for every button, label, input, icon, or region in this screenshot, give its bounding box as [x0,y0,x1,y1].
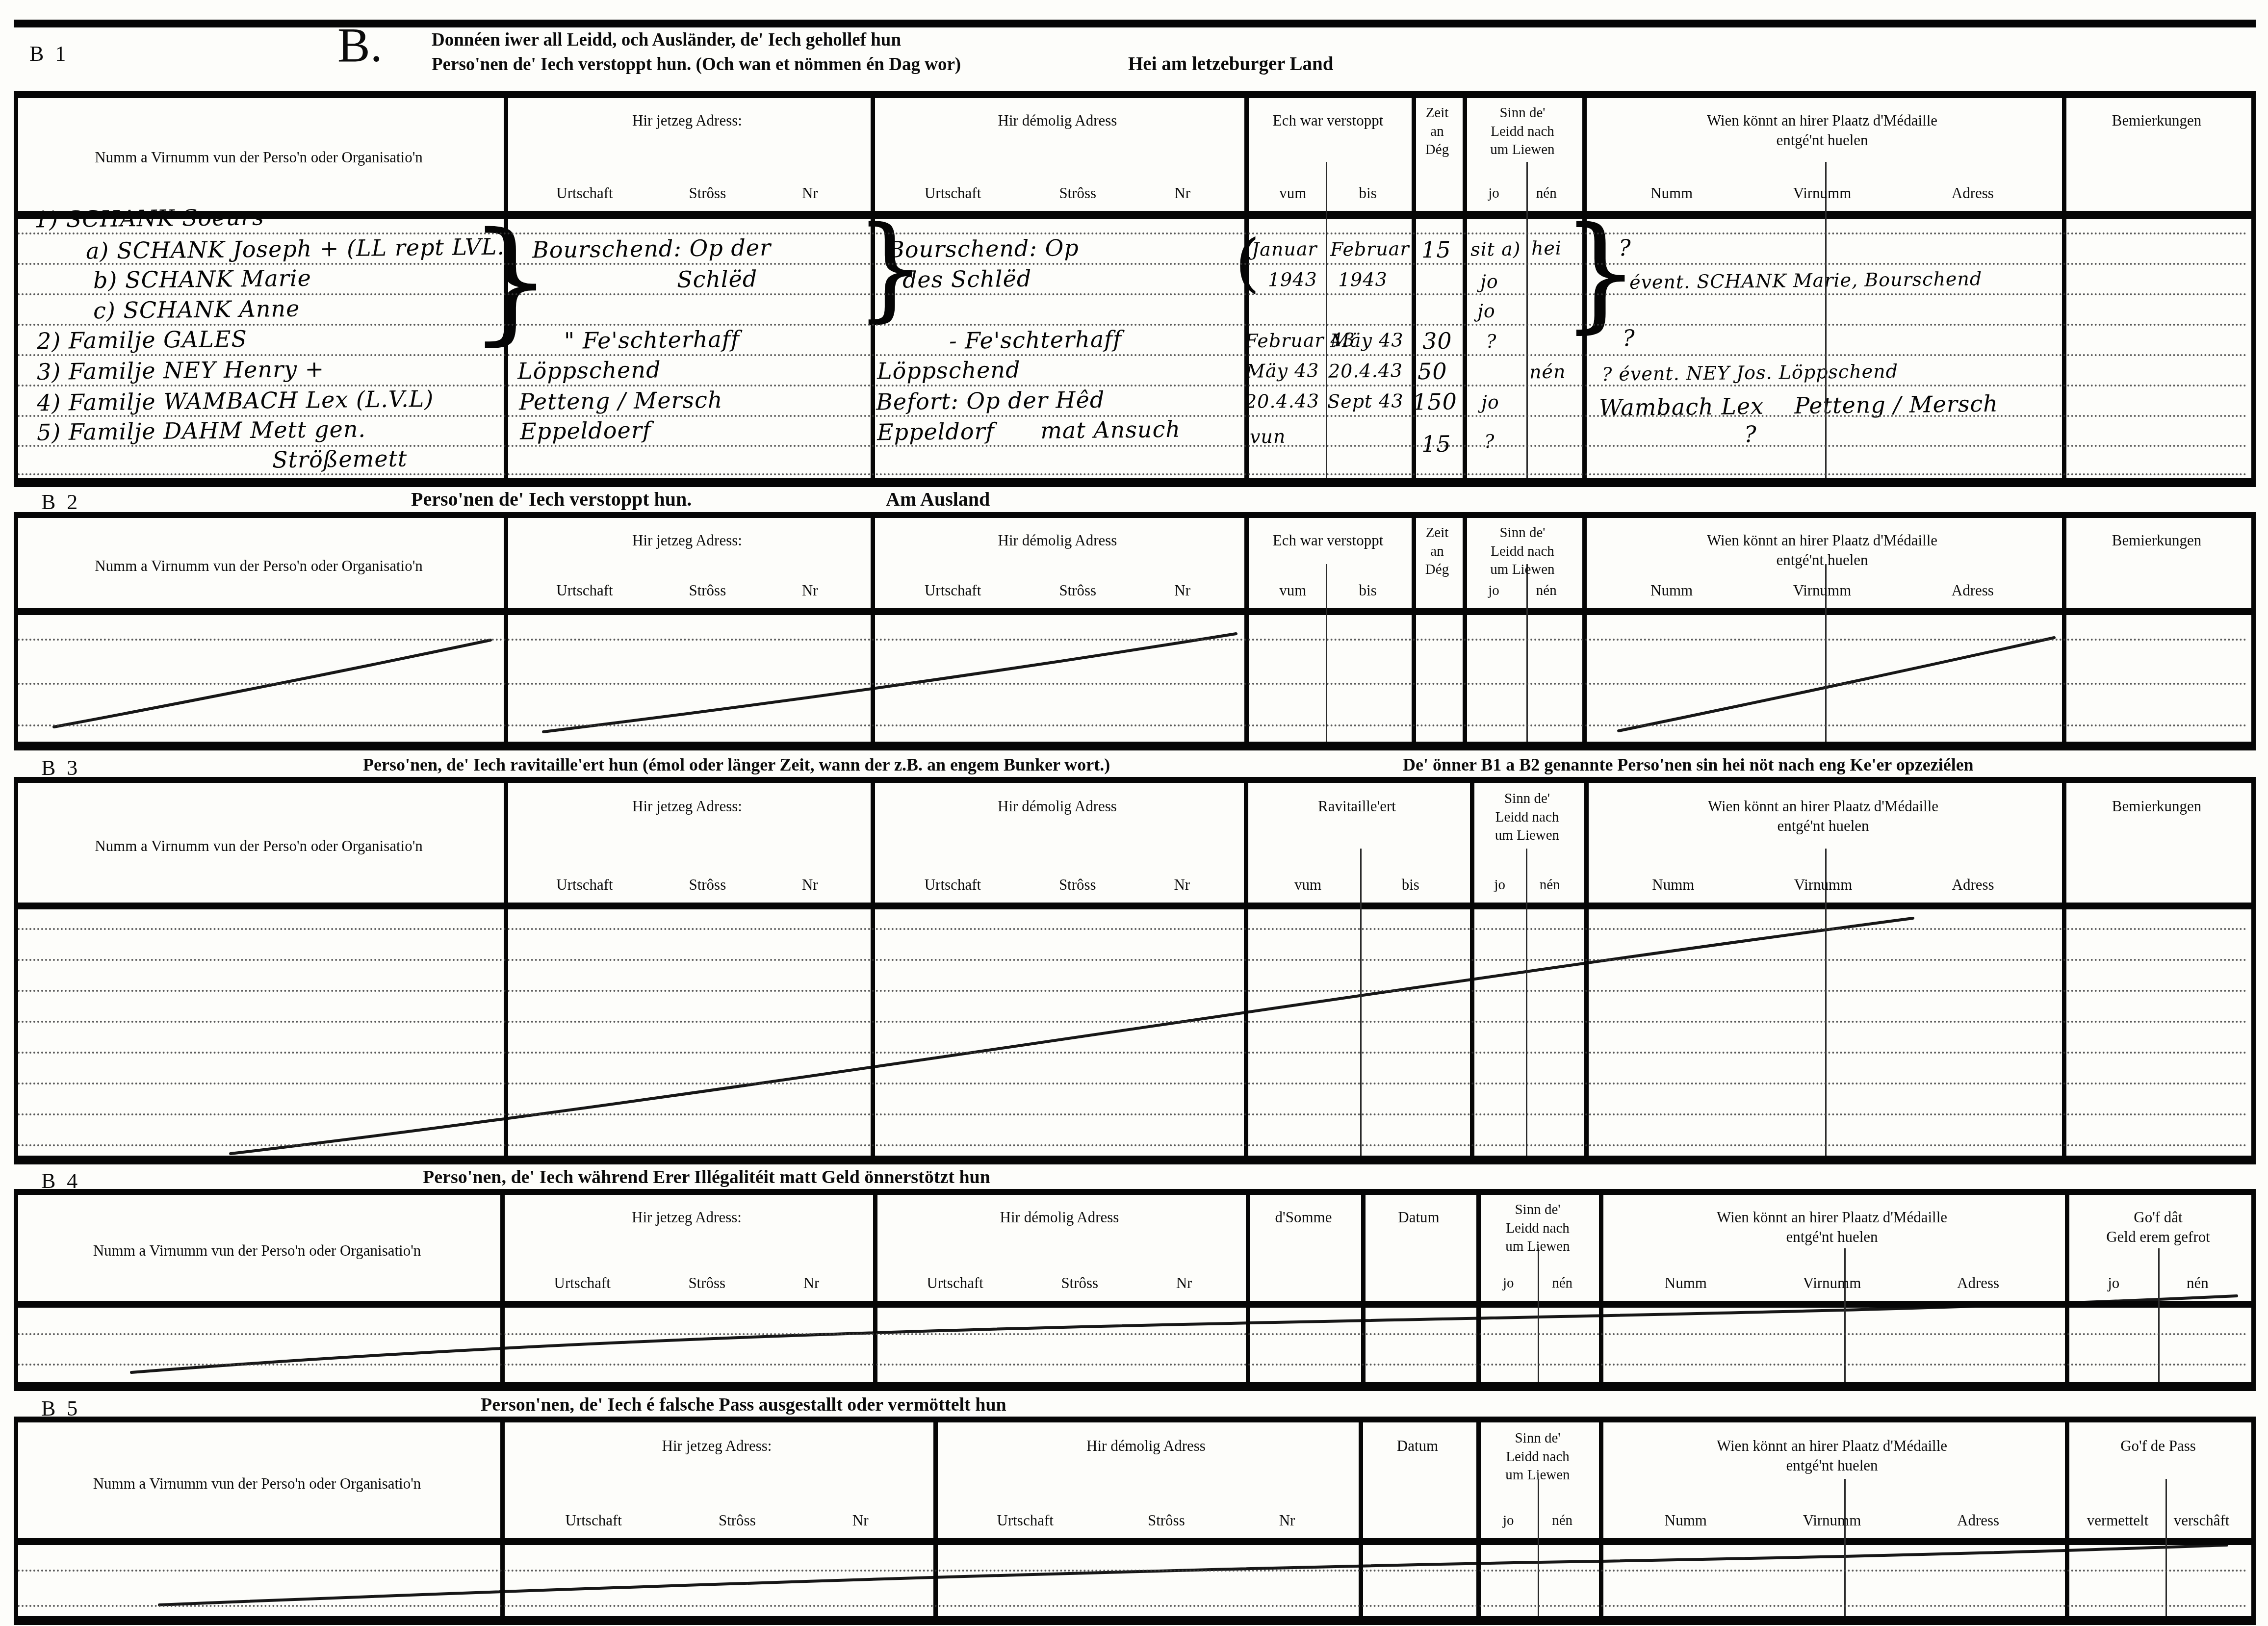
b1-colheader-zeit: ZeitanDég [1412,99,1463,210]
b1-dotted-row-line-8 [18,473,2248,475]
b4-colheader-sinn-line2: um Liewen [1505,1238,1570,1256]
b3-colheader-demolig-sub2: Nr [1174,875,1190,895]
horizontal-rule-3 [14,478,2256,487]
b1-colheader-jetzeg-caption: Hir jetzeg Adress: [632,111,742,130]
b5-colheader-gof-pass-sub0: vermettelt [2087,1511,2149,1530]
b2-colheader-medaille-sublabels: NummVirnummAdress [1600,581,2044,601]
b4-colheader-sinn: Sinn de'Leidd nachum Liewenjonén [1476,1196,1599,1300]
b3-colheader-medaille: Wien könnt an hirer Plaatz d'Médailleent… [1584,785,2062,902]
b4-colheader-somme: d'Somme [1246,1196,1361,1300]
b2-colheader-jetzeg-label: Hir jetzeg Adress: [632,531,742,550]
b3-colheader-demolig-sublabels: UrtschaftStrôssNr [885,875,1229,896]
b4-colheader-datum-label: Datum [1398,1208,1439,1227]
b1-colheader-medaille-line1: entgé'nt huelen [1776,130,1868,150]
b5-colheader-sinn-caption: Sinn de'Leidd nachum Liewen [1505,1429,1570,1485]
b3-colheader-medaille-sub1: Virnumm [1794,875,1853,895]
b5-colheader-jetzeg-sub2: Nr [852,1511,869,1530]
b3-colheader-medaille-line1: entgé'nt huelen [1777,816,1869,836]
b2-colheader-verstoppt: Ech war verstopptvumbis [1244,519,1412,607]
b1-dotted-row-line-1 [18,263,2248,265]
b5-colheader-demolig-sub2: Nr [1279,1511,1295,1530]
b4-colheader-sinn-sub0: jo [1503,1274,1514,1293]
b3-colheader-medaille-sub2: Adress [1952,875,1994,895]
b3-strike [231,918,1913,1154]
b1-colheader-medaille: Wien könnt an hirer Plaatz d'Médailleent… [1582,99,2062,210]
b2-colheader-bemierkungen-label: Bemierkungen [2112,531,2202,550]
b2-colheader-demolig-caption: Hir démolig Adress [998,531,1117,550]
b5-colheader-medaille-sub2: Adress [1957,1511,1999,1530]
b5-column-line-7 [2251,1422,2256,1616]
b4-colheader-jetzeg: Hir jetzeg Adress:UrtschaftStrôssNr [500,1196,873,1300]
b4-colheader-demolig-label: Hir démolig Adress [1000,1208,1119,1227]
b1-colheader-bemierkungen-caption: Bemierkungen [2112,111,2202,130]
b3-column-line-7 [2251,783,2256,1156]
horizontal-rule-14 [14,1538,2256,1545]
b1-colheader-bemierkungen-label: Bemierkungen [2112,111,2202,130]
b3-colheader-medaille-caption: Wien könnt an hirer Plaatz d'Médailleent… [1708,797,1938,836]
b1-colheader-medaille-sub2: Adress [1952,183,1994,203]
b2-colheader-medaille-sub1: Virnumm [1793,581,1852,600]
b4-colheader-somme-label: d'Somme [1275,1208,1332,1227]
horizontal-rule-10 [14,1189,2256,1195]
b1-colheader-name: Numm a Virnumm vun der Perso'n oder Orga… [14,99,504,210]
b5-colheader-datum-caption: Datum [1397,1436,1438,1456]
b5-colheader-jetzeg-sublabels: UrtschaftStrôssNr [517,1511,917,1531]
b3-dotted-row-line-3 [18,1021,2248,1023]
b5-colheader-name: Numm a Virnumm vun der Perso'n oder Orga… [14,1424,500,1537]
b3-colheader-ravitailleert: Ravitaille'ertvumbis [1244,785,1470,902]
b5-colheader-sinn-line0: Sinn de' [1515,1429,1560,1448]
b5-colheader-jetzeg-sub1: Strôss [719,1511,756,1530]
b1-colheader-name-label: Numm a Virnumm vun der Perso'n oder Orga… [95,148,423,167]
b4-colheader-somme-caption: d'Somme [1275,1208,1332,1227]
b2-colheader-verstoppt-caption: Ech war verstoppt [1273,531,1384,550]
b3-colheader-jetzeg-sublabels: UrtschaftStrôssNr [518,875,856,896]
b2-colheader-verstoppt-sublabels: vumbis [1253,581,1403,601]
b4-colheader-jetzeg-label: Hir jetzeg Adress: [632,1208,742,1227]
b4-colheader-sinn-sub1: nén [1552,1274,1572,1293]
b1-colheader-verstoppt-caption: Ech war verstoppt [1273,111,1384,130]
b5-colheader-sinn-line2: um Liewen [1505,1466,1570,1485]
horizontal-rule-13 [14,1417,2256,1422]
b3-colheader-jetzeg-sub1: Strôss [689,875,726,895]
b5-colheader-demolig: Hir démolig AdressUrtschaftStrôssNr [933,1424,1359,1537]
b1-colheader-demolig-sub1: Strôss [1059,183,1096,203]
b3-colheader-medaille-line0: Wien könnt an hirer Plaatz d'Médaille [1708,797,1938,816]
b3-colheader-sinn-sublabels: jonén [1477,876,1577,896]
b1-dotted-row-line-7 [18,445,2248,447]
b4-colheader-demolig-sub0: Urtschaft [927,1273,983,1293]
b2-colheader-jetzeg-sublabels: UrtschaftStrôssNr [518,581,856,601]
b5-colheader-sinn: Sinn de'Leidd nachum Liewenjonén [1476,1424,1599,1537]
b3-colheader-sinn-sub0: jo [1494,876,1505,895]
b5-colheader-demolig-sublabels: UrtschaftStrôssNr [950,1511,1342,1531]
horizontal-rule-0 [14,20,2256,27]
b1-colheader-sinn-sub0: jo [1488,184,1499,203]
b4-colheader-demolig-sub2: Nr [1176,1273,1192,1293]
b1-colheader-sinn-line2: um Liewen [1490,141,1554,159]
b3-colheader-demolig-sub0: Urtschaft [925,875,981,895]
b4-colheader-gof-geld-caption: Go'f dâtGeld erem gefrot [2106,1208,2210,1247]
b1-colheader-medaille-sublabels: NummVirnummAdress [1600,183,2044,204]
b4-colheader-jetzeg-caption: Hir jetzeg Adress: [632,1208,742,1227]
horizontal-rule-6 [14,742,2256,750]
b4-colheader-jetzeg-sublabels: UrtschaftStrôssNr [515,1273,858,1294]
b5-colheader-medaille-sub0: Numm [1665,1511,1707,1530]
horizontal-rule-8 [14,903,2256,909]
b5-colheader-demolig-sub1: Strôss [1148,1511,1185,1530]
b2-colheader-medaille-sub0: Numm [1650,581,1693,600]
b1-colheader-demolig: Hir démolig AdressUrtschaftStrôssNr [871,99,1244,210]
b3-colheader-medaille-sublabels: NummVirnummAdress [1602,875,2044,896]
b3-colheader-sinn-line2: um Liewen [1495,826,1559,845]
b1-colheader-jetzeg-sub0: Urtschaft [556,183,613,203]
b1-colheader-jetzeg-label: Hir jetzeg Adress: [632,111,742,130]
b1-colheader-sinn-sublabels: jonén [1470,184,1575,204]
b1-colheader-verstoppt: Ech war verstopptvumbis [1244,99,1412,210]
b2-colheader-demolig-label: Hir démolig Adress [998,531,1117,550]
b4-colheader-medaille-line1: entgé'nt huelen [1786,1227,1878,1247]
b4-colheader-medaille-sub0: Numm [1665,1273,1707,1293]
b1-colheader-demolig-sub2: Nr [1174,183,1190,203]
b3-dotted-row-line-5 [18,1083,2248,1084]
b3-colheader-demolig-label: Hir démolig Adress [998,797,1117,816]
b1-colheader-bemierkungen: Bemierkungen [2062,99,2251,210]
b5-colheader-jetzeg-sub0: Urtschaft [566,1511,622,1530]
b5-colheader-demolig-label: Hir démolig Adress [1086,1436,1206,1456]
b1-colheader-zeit-line1: an [1430,123,1443,141]
b1-colheader-jetzeg: Hir jetzeg Adress:UrtschaftStrôssNr [504,99,871,210]
b1-colheader-jetzeg-sub1: Strôss [689,183,726,203]
b3-dotted-row-line-1 [18,959,2248,961]
horizontal-rule-4 [14,512,2256,518]
b4-colheader-sinn-caption: Sinn de'Leidd nachum Liewen [1505,1201,1570,1256]
b5-colheader-jetzeg-label: Hir jetzeg Adress: [662,1436,772,1456]
b2-colheader-sinn-sub0: jo [1488,582,1499,600]
b4-colheader-gof-geld-sublabels: jonén [2074,1273,2242,1294]
b2-colheader-demolig: Hir démolig AdressUrtschaftStrôssNr [871,519,1244,607]
b4-colheader-medaille-caption: Wien könnt an hirer Plaatz d'Médailleent… [1717,1208,1947,1247]
b1-dotted-row-line-6 [18,415,2248,417]
b2-colheader-sinn-sub1: nén [1536,582,1557,600]
b5-colheader-datum: Datum [1359,1424,1476,1537]
b1-colheader-verstoppt-sub1: bis [1359,183,1377,203]
b3-dotted-row-line-7 [18,1144,2248,1146]
b3-colheader-jetzeg-label: Hir jetzeg Adress: [632,797,742,816]
b5-colheader-gof-pass-caption: Go'f de Pass [2120,1436,2196,1456]
b3-colheader-name-label: Numm a Virnumm vun der Perso'n oder Orga… [95,836,423,856]
b2-colheader-demolig-sub1: Strôss [1059,581,1096,600]
b2-colheader-jetzeg-caption: Hir jetzeg Adress: [632,531,742,550]
b2-colheader-medaille: Wien könnt an hirer Plaatz d'Médailleent… [1582,519,2062,607]
b1-dotted-row-line-2 [18,293,2248,295]
b1-colheader-medaille-sub0: Numm [1650,183,1693,203]
b2-colheader-name-label: Numm a Virnumm vun der Perso'n oder Orga… [95,556,423,576]
b2-colheader-medaille-line0: Wien könnt an hirer Plaatz d'Médaille [1707,531,1937,550]
b5-colheader-medaille: Wien könnt an hirer Plaatz d'Médailleent… [1599,1424,2065,1537]
b3-colheader-jetzeg-sub0: Urtschaft [556,875,613,895]
b1-colheader-demolig-sublabels: UrtschaftStrôssNr [885,183,1229,204]
b3-dotted-row-line-6 [18,1113,2248,1115]
b5-colheader-datum-label: Datum [1397,1436,1438,1456]
b1-colheader-medaille-line0: Wien könnt an hirer Plaatz d'Médaille [1707,111,1937,130]
b3-colheader-demolig-caption: Hir démolig Adress [998,797,1117,816]
b3-colheader-name: Numm a Virnumm vun der Perso'n oder Orga… [14,785,504,902]
b4-colheader-datum: Datum [1361,1196,1476,1300]
b4-colheader-jetzeg-sub1: Strôss [688,1273,725,1293]
b1-colheader-verstoppt-sub0: vum [1279,183,1306,203]
horizontal-rule-2 [14,211,2256,219]
b1-colheader-zeit-caption: ZeitanDég [1425,104,1449,159]
b4-colheader-sinn-sublabels: jonén [1484,1274,1592,1294]
b3-dotted-row-line-2 [18,990,2248,992]
b2-dotted-row-line-2 [18,724,2248,726]
b4-colheader-demolig-sub1: Strôss [1061,1273,1098,1293]
b1-dotted-row-line-3 [18,324,2248,326]
b2-colheader-name: Numm a Virnumm vun der Perso'n oder Orga… [14,519,504,607]
b2-colheader-jetzeg-sub1: Strôss [689,581,726,600]
b1-colheader-verstoppt-sublabels: vumbis [1253,183,1403,204]
b1-column-line-8 [2251,98,2256,478]
b2-colheader-demolig-sub2: Nr [1174,581,1190,600]
b4-colheader-demolig: Hir démolig AdressUrtschaftStrôssNr [873,1196,1246,1300]
b1-colheader-jetzeg-sublabels: UrtschaftStrôssNr [518,183,856,204]
b5-colheader-gof-pass-label: Go'f de Pass [2120,1436,2196,1456]
b4-colheader-gof-geld: Go'f dâtGeld erem gefrotjonén [2065,1196,2251,1300]
b4-colheader-gof-geld-sub1: nén [2187,1273,2209,1293]
b2-colheader-bemierkungen: Bemierkungen [2062,519,2251,607]
b2-colheader-verstoppt-sub0: vum [1279,581,1306,600]
b2-colheader-medaille-caption: Wien könnt an hirer Plaatz d'Médailleent… [1707,531,1937,570]
b5-colheader-name-label: Numm a Virnumm vun der Perso'n oder Orga… [93,1474,421,1494]
b4-colheader-jetzeg-sub0: Urtschaft [554,1273,611,1293]
b2-colheader-zeit-line0: Zeit [1426,524,1449,542]
b3-colheader-bemierkungen-label: Bemierkungen [2112,797,2202,816]
b4-colheader-medaille: Wien könnt an hirer Plaatz d'Médailleent… [1599,1196,2065,1300]
b2-colheader-sinn-line0: Sinn de' [1499,524,1545,542]
b2-colheader-bemierkungen-caption: Bemierkungen [2112,531,2202,550]
b2-colheader-zeit-line1: an [1430,542,1443,561]
b2-colheader-jetzeg-sub0: Urtschaft [556,581,613,600]
horizontal-rule-12 [14,1382,2256,1391]
b3-colheader-sinn-caption: Sinn de'Leidd nachum Liewen [1495,790,1559,845]
b5-colheader-medaille-sublabels: NummVirnummAdress [1617,1511,2047,1531]
b3-colheader-sinn: Sinn de'Leidd nachum Liewenjonén [1470,785,1584,902]
b2-colheader-jetzeg-sub2: Nr [802,581,818,600]
b5-colheader-sinn-sub0: jo [1503,1512,1514,1530]
b5-colheader-medaille-caption: Wien könnt an hirer Plaatz d'Médailleent… [1717,1436,1947,1476]
b5-colheader-medaille-sub1: Virnumm [1803,1511,1861,1530]
b4-colheader-gof-geld-sub0: jo [2108,1273,2119,1293]
b2-colheader-zeit: ZeitanDég [1412,519,1463,607]
b2-dotted-row-line-1 [18,683,2248,685]
b3-colheader-medaille-sub0: Numm [1652,875,1694,895]
b1-colheader-zeit-line0: Zeit [1426,104,1449,123]
b5-colheader-sinn-sub1: nén [1552,1512,1572,1530]
b3-colheader-jetzeg: Hir jetzeg Adress:UrtschaftStrôssNr [504,785,871,902]
scanned-resistance-questionnaire: B 1 B. Donnéen iwer all Leidd, och Auslä… [0,0,2268,1626]
b4-colheader-datum-caption: Datum [1398,1208,1439,1227]
b1-dotted-row-line-4 [18,354,2248,356]
b5-dotted-row-line-1 [18,1605,2248,1607]
b4-dotted-row-line-1 [18,1364,2248,1366]
b1-colheader-verstoppt-label: Ech war verstoppt [1273,111,1384,130]
b4-column-line-8 [2251,1195,2256,1382]
b1-colheader-medaille-caption: Wien könnt an hirer Plaatz d'Médailleent… [1707,111,1937,151]
b4-colheader-medaille-sublabels: NummVirnummAdress [1617,1273,2047,1294]
horizontal-rule-5 [14,608,2256,615]
b2-colheader-zeit-caption: ZeitanDég [1425,524,1449,579]
b1-dotted-row-line-0 [18,232,2248,234]
b5-colheader-demolig-caption: Hir démolig Adress [1086,1436,1206,1456]
b4-colheader-gof-geld-line1: Geld erem gefrot [2106,1227,2210,1247]
b2-colheader-sinn: Sinn de'Leidd nachum Liewenjonén [1463,519,1582,607]
horizontal-rule-7 [14,777,2256,783]
b4-colheader-medaille-sub2: Adress [1957,1273,1999,1293]
b3-colheader-sinn-line0: Sinn de' [1504,790,1550,808]
b2-colheader-medaille-line1: entgé'nt huelen [1776,550,1868,570]
b1-colheader-sinn-sub1: nén [1536,184,1557,203]
b3-colheader-ravitailleert-sublabels: vumbis [1254,875,1459,896]
b1-dotted-row-line-5 [18,385,2248,387]
b1-colheader-sinn-line1: Leidd nach [1491,123,1554,141]
b4-colheader-sinn-line1: Leidd nach [1506,1219,1570,1238]
b3-colheader-ravitailleert-sub0: vum [1294,875,1321,895]
b5-colheader-sinn-sublabels: jonén [1484,1512,1592,1531]
b2-colheader-sinn-line1: Leidd nach [1491,542,1554,561]
b3-colheader-jetzeg-sub2: Nr [802,875,818,895]
b2-colheader-sinn-line2: um Liewen [1490,561,1554,579]
b5-colheader-jetzeg: Hir jetzeg Adress:UrtschaftStrôssNr [500,1424,933,1537]
b3-colheader-sinn-sub1: nén [1540,876,1560,895]
b2-column-line-8 [2251,518,2256,742]
b4-colheader-jetzeg-sub2: Nr [803,1273,820,1293]
b2-colheader-medaille-sub2: Adress [1952,581,1994,600]
b2-colheader-sinn-sublabels: jonén [1470,582,1575,601]
b1-colheader-sinn: Sinn de'Leidd nachum Liewenjonén [1463,99,1582,210]
b2-colheader-verstoppt-sub1: bis [1359,581,1377,600]
b1-colheader-zeit-line2: Dég [1425,141,1449,159]
b3-colheader-jetzeg-caption: Hir jetzeg Adress: [632,797,742,816]
b3-colheader-ravitailleert-sub1: bis [1402,875,1419,895]
b2-colheader-jetzeg: Hir jetzeg Adress:UrtschaftStrôssNr [504,519,871,607]
horizontal-rule-15 [14,1616,2256,1625]
b1-colheader-sinn-caption: Sinn de'Leidd nachum Liewen [1490,104,1554,159]
b1-colheader-sinn-line0: Sinn de' [1499,104,1545,123]
b3-colheader-sinn-line1: Leidd nach [1495,808,1559,827]
b3-colheader-demolig-sub1: Strôss [1059,875,1096,895]
b2-colheader-verstoppt-label: Ech war verstoppt [1273,531,1384,550]
b3-colheader-ravitailleert-label: Ravitaille'ert [1318,797,1396,816]
horizontal-rule-1 [14,91,2256,98]
b1-colheader-demolig-sub0: Urtschaft [925,183,981,203]
b4-colheader-medaille-sub1: Virnumm [1803,1273,1861,1293]
b5-colheader-demolig-sub0: Urtschaft [997,1511,1054,1530]
b4-colheader-name: Numm a Virnumm vun der Perso'n oder Orga… [14,1196,500,1300]
b5-colheader-medaille-line1: entgé'nt huelen [1786,1456,1878,1475]
b1-colheader-demolig-label: Hir démolig Adress [998,111,1117,130]
b5-colheader-jetzeg-caption: Hir jetzeg Adress: [662,1436,772,1456]
b4-colheader-sinn-line0: Sinn de' [1515,1201,1560,1219]
b3-colheader-ravitailleert-caption: Ravitaille'ert [1318,797,1396,816]
b4-colheader-demolig-caption: Hir démolig Adress [1000,1208,1119,1227]
b5-colheader-gof-pass: Go'f de Passvermetteltverschâft [2065,1424,2251,1537]
b4-colheader-medaille-line0: Wien könnt an hirer Plaatz d'Médaille [1717,1208,1947,1227]
horizontal-rule-11 [14,1301,2256,1308]
b2-colheader-sinn-caption: Sinn de'Leidd nachum Liewen [1490,524,1554,579]
b1-colheader-jetzeg-sub2: Nr [802,183,818,203]
b5-colheader-gof-pass-sub1: verschâft [2174,1511,2230,1530]
b5-colheader-medaille-line0: Wien könnt an hirer Plaatz d'Médaille [1717,1436,1947,1456]
b3-dotted-row-line-4 [18,1052,2248,1054]
b3-colheader-demolig: Hir démolig AdressUrtschaftStrôssNr [871,785,1244,902]
b2-dotted-row-line-0 [18,639,2248,641]
b1-colheader-medaille-sub1: Virnumm [1793,183,1852,203]
b3-dotted-row-line-0 [18,928,2248,930]
b4-dotted-row-line-0 [18,1333,2248,1335]
b4-colheader-gof-geld-line0: Go'f dât [2134,1208,2182,1227]
b3-colheader-bemierkungen-caption: Bemierkungen [2112,797,2202,816]
b5-colheader-sinn-line1: Leidd nach [1506,1448,1570,1467]
b2-colheader-demolig-sublabels: UrtschaftStrôssNr [885,581,1229,601]
b5-colheader-gof-pass-sublabels: vermetteltverschâft [2074,1511,2242,1531]
b4-colheader-name-label: Numm a Virnumm vun der Perso'n oder Orga… [93,1241,421,1261]
b2-colheader-demolig-sub0: Urtschaft [925,581,981,600]
b3-colheader-bemierkungen: Bemierkungen [2062,785,2251,902]
b1-colheader-demolig-caption: Hir démolig Adress [998,111,1117,130]
b5-strike [159,1545,2227,1605]
b2-colheader-zeit-line2: Dég [1425,561,1449,579]
horizontal-rule-9 [14,1156,2256,1164]
b5-dotted-row-line-0 [18,1570,2248,1572]
b4-colheader-demolig-sublabels: UrtschaftStrôssNr [888,1273,1231,1294]
